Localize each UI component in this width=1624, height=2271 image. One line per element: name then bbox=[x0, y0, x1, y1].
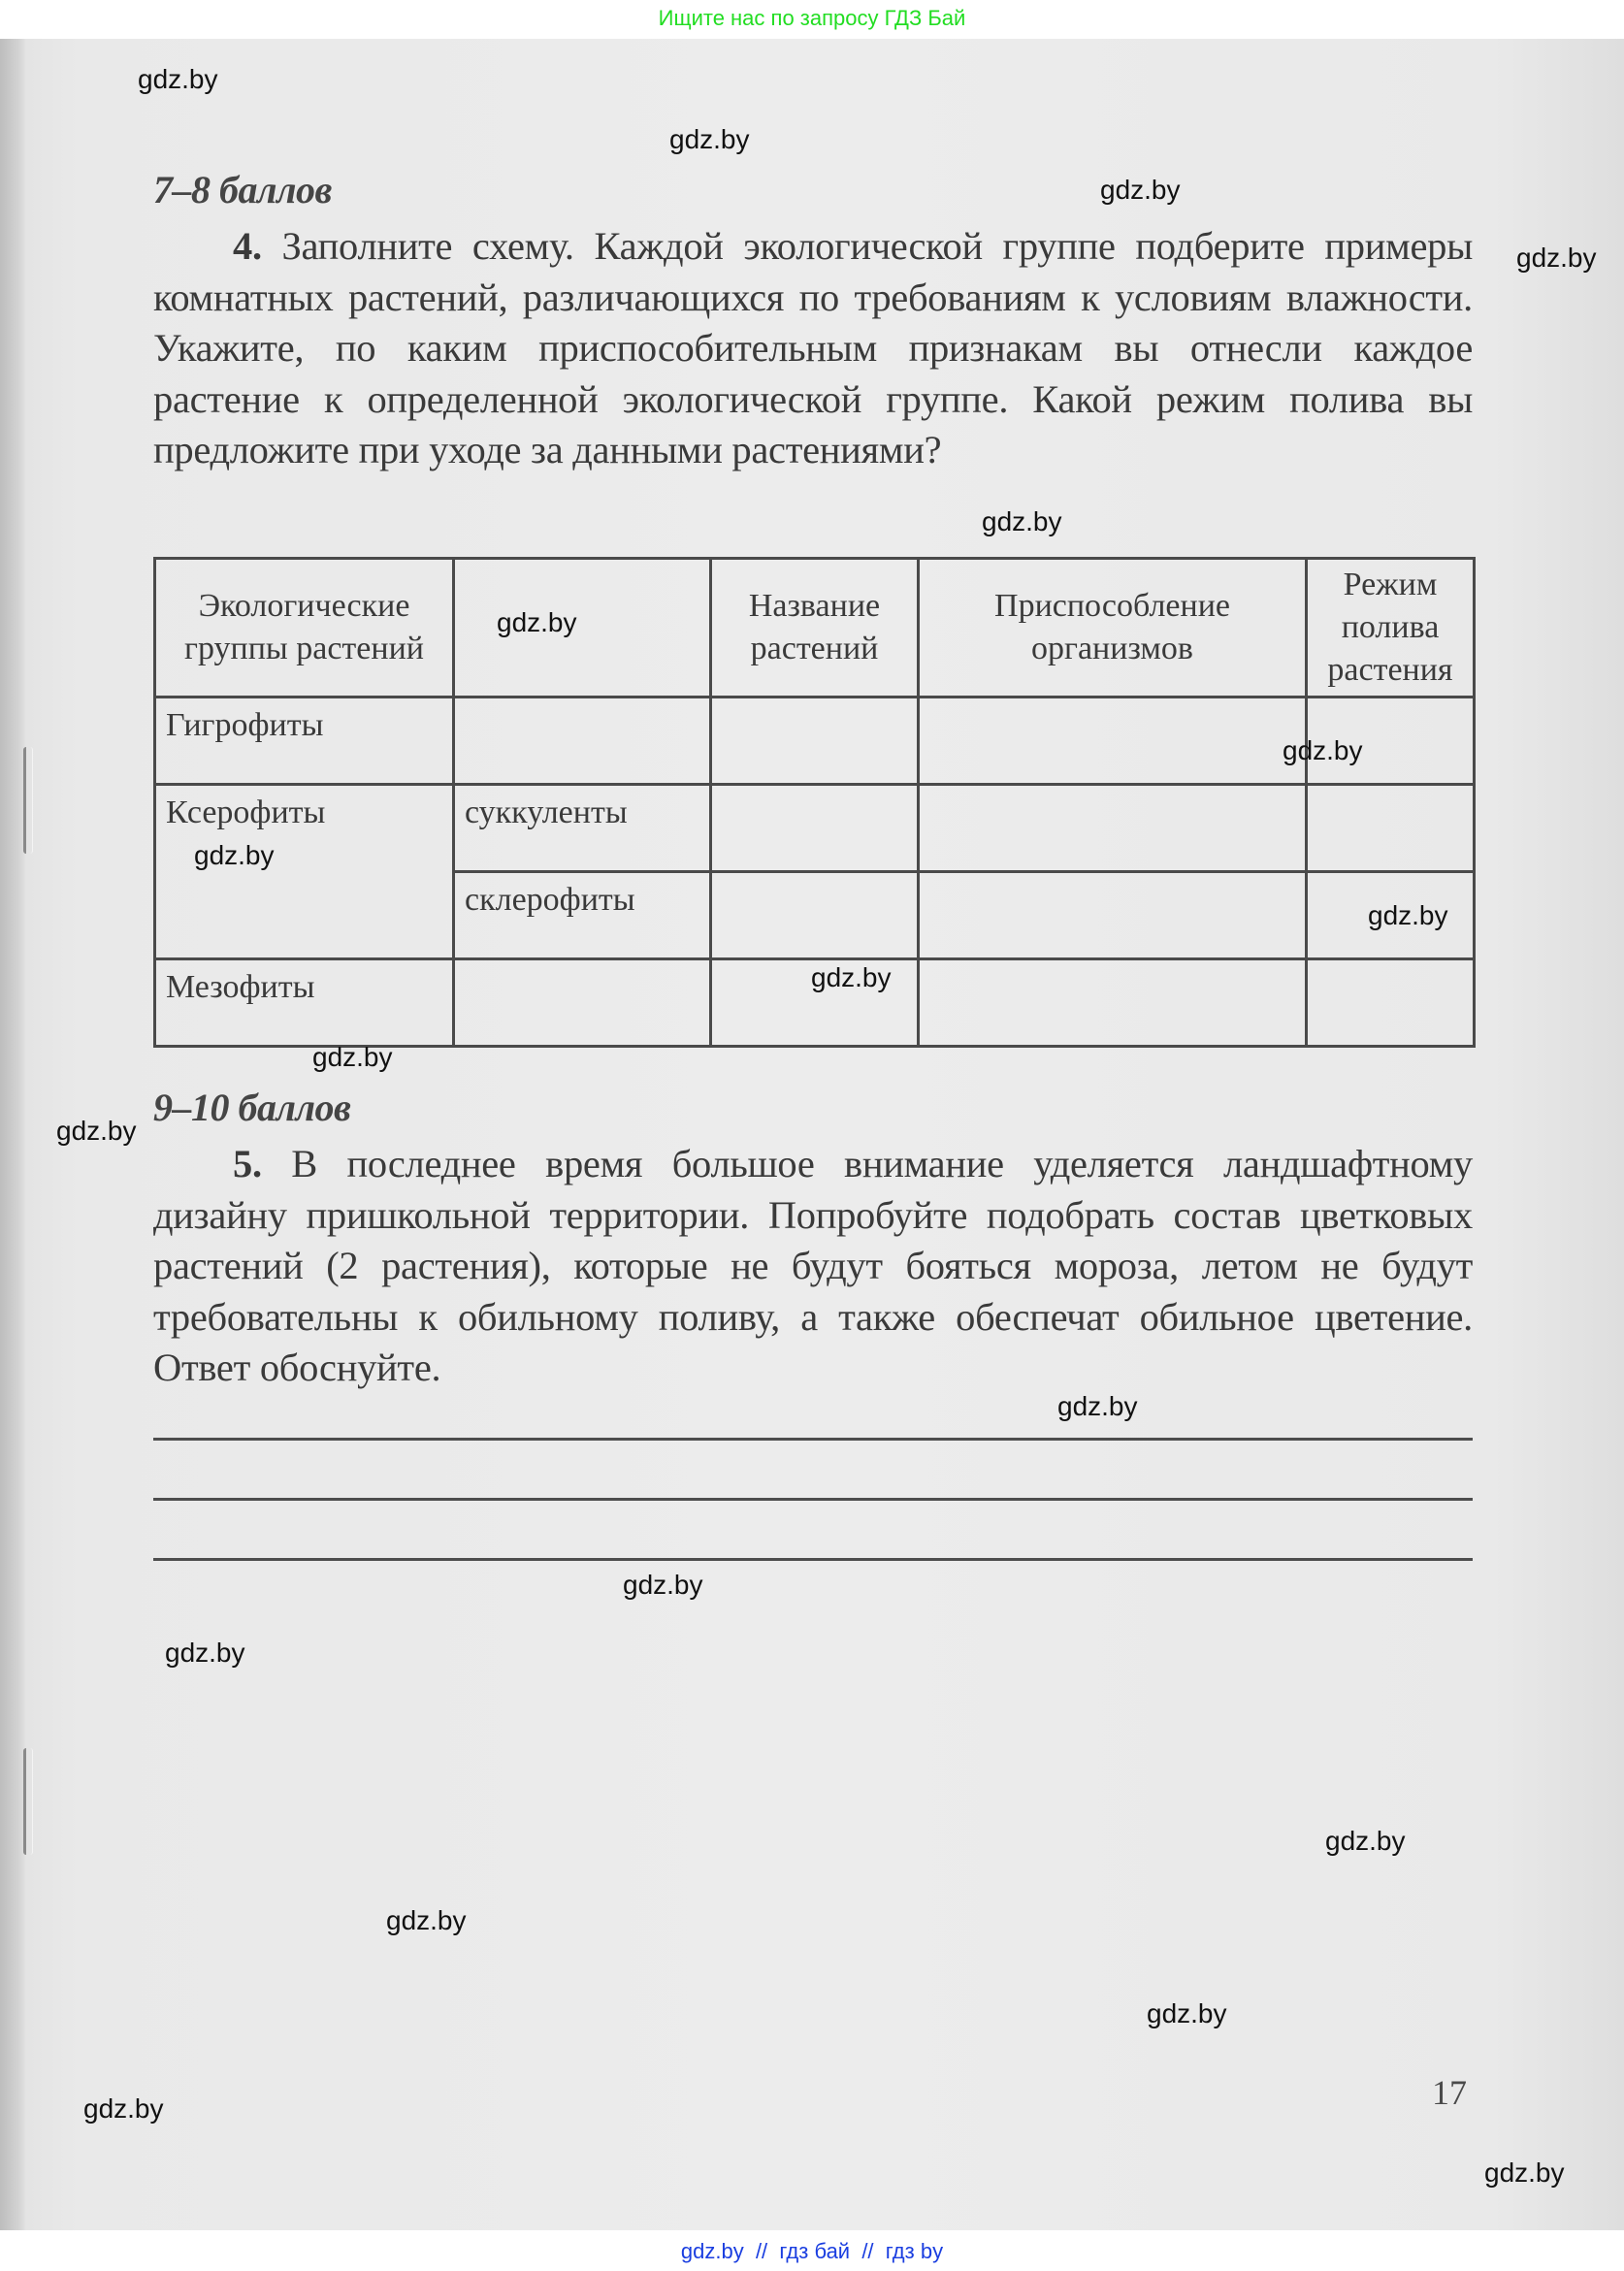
watermark: gdz.by bbox=[1325, 1826, 1406, 1857]
task-4-number: 4. bbox=[233, 224, 262, 268]
task-4: 4. Заполните схему. Каждой экологической… bbox=[153, 221, 1473, 476]
cell-plant[interactable] bbox=[711, 785, 919, 872]
cell-adaptation[interactable] bbox=[919, 959, 1307, 1047]
watermark: gdz.by bbox=[623, 1570, 703, 1601]
header-plant-name: Название растений bbox=[711, 559, 919, 698]
cell-subgroup[interactable] bbox=[454, 698, 711, 785]
task-5-text: В последнее время большое внимание уделя… bbox=[153, 1142, 1473, 1389]
page-number: 17 bbox=[1432, 2072, 1467, 2113]
watermark: gdz.by bbox=[138, 64, 218, 95]
watermark: gdz.by bbox=[386, 1905, 467, 1936]
cell-subgroup: суккуленты bbox=[454, 785, 711, 872]
watermark: gdz.by bbox=[312, 1042, 393, 1073]
header-watering: Режим полива растения bbox=[1307, 559, 1475, 698]
section-heading-7-8: 7–8 баллов bbox=[153, 167, 332, 212]
watermark: gdz.by bbox=[194, 840, 275, 871]
watermark: gdz.by bbox=[1484, 2157, 1565, 2189]
table-header-row: Экологические группы растений Название р… bbox=[155, 559, 1475, 698]
header-adaptation: Приспособление организмов bbox=[919, 559, 1307, 698]
staple-icon bbox=[23, 747, 33, 854]
cell-subgroup[interactable] bbox=[454, 959, 711, 1047]
cell-adaptation[interactable] bbox=[919, 872, 1307, 959]
watermark: gdz.by bbox=[669, 124, 750, 155]
watermark: gdz.by bbox=[1057, 1391, 1138, 1422]
cell-plant[interactable] bbox=[711, 872, 919, 959]
cell-group: Ксерофиты bbox=[155, 785, 454, 959]
page-spine bbox=[0, 39, 25, 2230]
watermark: gdz.by bbox=[811, 962, 892, 993]
watermark: gdz.by bbox=[1147, 1998, 1227, 2029]
watermark: gdz.by bbox=[1516, 243, 1597, 274]
cell-subgroup: склерофиты bbox=[454, 872, 711, 959]
task-4-text: Заполните схему. Каждой экологической гр… bbox=[153, 224, 1473, 471]
section-heading-9-10: 9–10 баллов bbox=[153, 1085, 350, 1130]
task-5: 5. В последнее время большое внимание уд… bbox=[153, 1139, 1473, 1394]
answer-line[interactable] bbox=[153, 1558, 1473, 1561]
answer-line[interactable] bbox=[153, 1498, 1473, 1501]
table-row: Гигрофиты bbox=[155, 698, 1475, 785]
watermark: gdz.by bbox=[1100, 175, 1181, 206]
answer-line[interactable] bbox=[153, 1438, 1473, 1441]
watermark: gdz.by bbox=[1368, 900, 1448, 931]
top-banner: Ищите нас по запросу ГДЗ Бай bbox=[0, 0, 1624, 39]
staple-icon bbox=[23, 1748, 33, 1855]
cell-group: Гигрофиты bbox=[155, 698, 454, 785]
bottom-banner-links[interactable]: gdz.by // гдз бай // гдз by bbox=[681, 2239, 943, 2263]
bottom-banner: gdz.by // гдз бай // гдз by bbox=[0, 2230, 1624, 2271]
watermark: gdz.by bbox=[56, 1116, 137, 1147]
cell-adaptation[interactable] bbox=[919, 698, 1307, 785]
watermark: gdz.by bbox=[497, 607, 577, 638]
cell-watering[interactable] bbox=[1307, 785, 1475, 872]
table-row: Ксерофиты суккуленты bbox=[155, 785, 1475, 872]
task-5-number: 5. bbox=[233, 1142, 262, 1185]
header-eco-groups: Экологические группы растений bbox=[155, 559, 454, 698]
watermark: gdz.by bbox=[83, 2093, 164, 2125]
scanned-page: 7–8 баллов 4. Заполните схему. Каждой эк… bbox=[0, 39, 1624, 2230]
cell-group: Мезофиты bbox=[155, 959, 454, 1047]
watermark: gdz.by bbox=[1283, 735, 1363, 766]
header-subgroup bbox=[454, 559, 711, 698]
watermark: gdz.by bbox=[165, 1638, 245, 1669]
cell-plant[interactable] bbox=[711, 698, 919, 785]
cell-adaptation[interactable] bbox=[919, 785, 1307, 872]
top-banner-text: Ищите нас по запросу ГДЗ Бай bbox=[659, 6, 966, 30]
cell-watering[interactable] bbox=[1307, 959, 1475, 1047]
watermark: gdz.by bbox=[982, 506, 1062, 537]
